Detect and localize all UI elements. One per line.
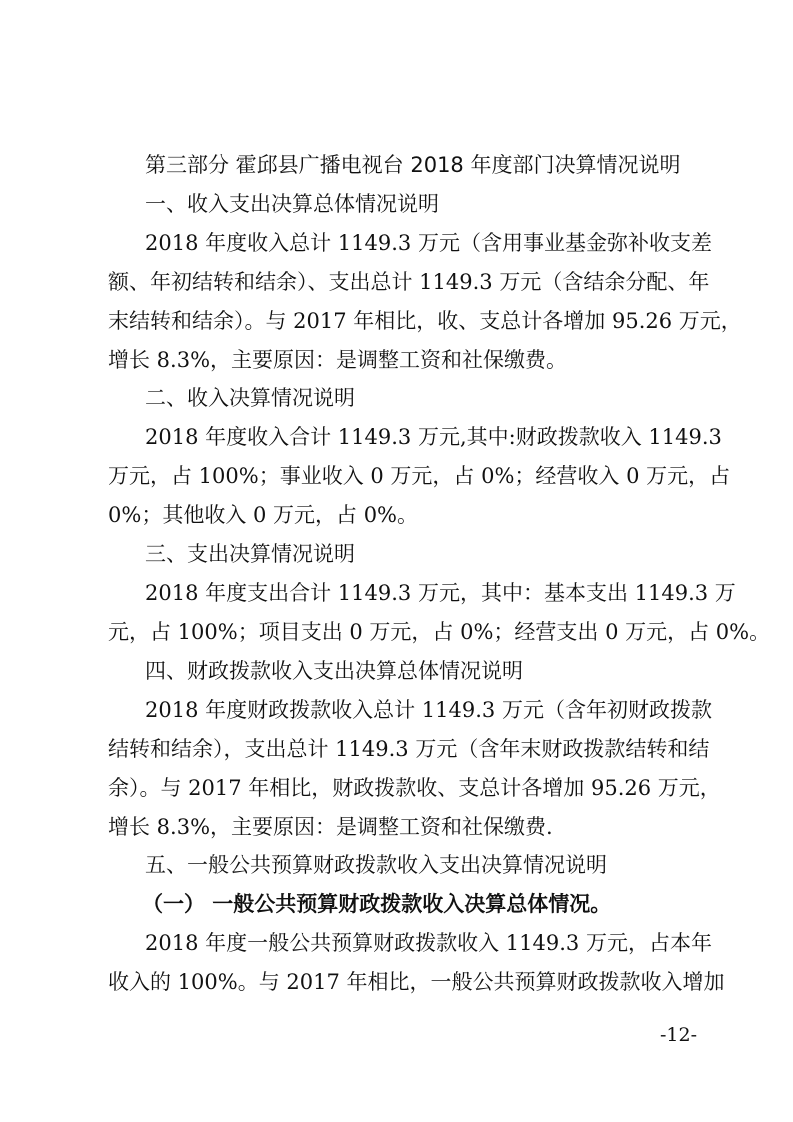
section-2-heading: 二、收入决算情况说明 — [145, 383, 355, 413]
section-2-line-3: 0%；其他收入 0 万元，占 0%。 — [108, 500, 700, 530]
section-4-heading: 四、财政拨款收入支出决算总体情况说明 — [145, 656, 523, 686]
section-5-heading: 五、一般公共预算财政拨款收入支出决算情况说明 — [145, 850, 607, 880]
section-4-line-2: 结转和结余），支出总计 1149.3 万元（含年末财政拨款结转和结 — [108, 734, 700, 764]
section-1-heading: 一、收入支出决算总体情况说明 — [145, 189, 439, 219]
section-1-line-3: 末结转和结余）。与 2017 年相比，收、支总计各增加 95.26 万元， — [108, 306, 700, 336]
section-2-line-1: 2018 年度收入合计 1149.3 万元,其中:财政拨款收入 1149.3 — [145, 422, 700, 452]
section-1-line-4: 增长 8.3%，主要原因：是调整工资和社保缴费。 — [108, 345, 700, 375]
section-5-subheading: （一） 一般公共预算财政拨款收入决算总体情况。 — [142, 889, 611, 919]
section-5-line-1: 2018 年度一般公共预算财政拨款收入 1149.3 万元，占本年 — [145, 928, 700, 958]
section-1-line-2: 额、年初结转和结余）、支出总计 1149.3 万元（含结余分配、年 — [108, 267, 700, 297]
section-3-line-2: 元，占 100%；项目支出 0 万元，占 0%；经营支出 0 万元，占 0%。 — [108, 617, 700, 647]
page-number: -12- — [660, 1023, 697, 1047]
section-2-line-2: 万元，占 100%；事业收入 0 万元，占 0%；经营收入 0 万元，占 — [108, 461, 700, 491]
document-title: 第三部分 霍邱县广播电视台 2018 年度部门决算情况说明 — [145, 150, 680, 180]
section-4-line-3: 余）。与 2017 年相比，财政拨款收、支总计各增加 95.26 万元， — [108, 773, 700, 803]
section-4-line-1: 2018 年度财政拨款收入总计 1149.3 万元（含年初财政拨款 — [145, 695, 700, 725]
document-page: 第三部分 霍邱县广播电视台 2018 年度部门决算情况说明 一、收入支出决算总体… — [0, 0, 793, 1122]
section-1-line-1: 2018 年度收入总计 1149.3 万元（含用事业基金弥补收支差 — [145, 228, 700, 258]
section-3-line-1: 2018 年度支出合计 1149.3 万元，其中：基本支出 1149.3 万 — [145, 578, 700, 608]
section-3-heading: 三、支出决算情况说明 — [145, 539, 355, 569]
section-4-line-4: 增长 8.3%，主要原因：是调整工资和社保缴费. — [108, 812, 700, 842]
section-5-line-2: 收入的 100%。与 2017 年相比，一般公共预算财政拨款收入增加 — [108, 967, 700, 997]
